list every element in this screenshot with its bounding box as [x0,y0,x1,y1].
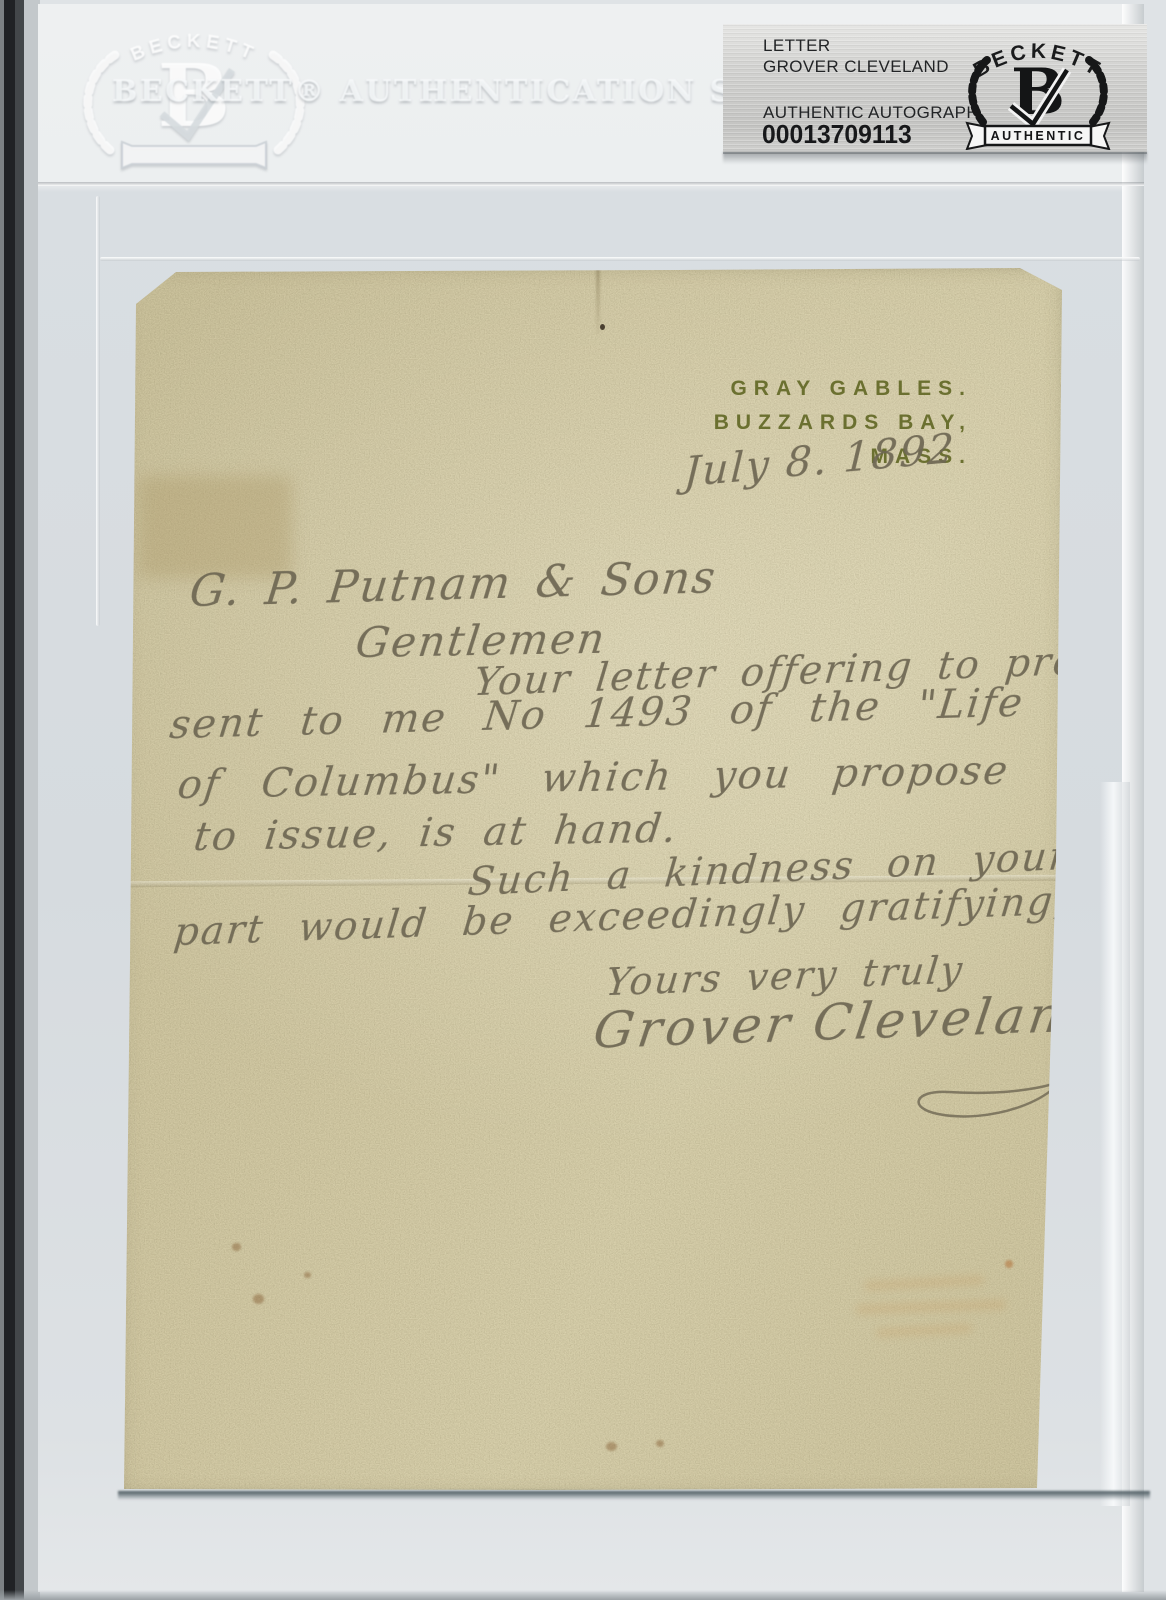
stain-spot [1005,1260,1013,1268]
letterhead-line: GRAY GABLES. [598,372,972,406]
signature-flourish [818,1062,1078,1132]
slabbed-letter-photo: BECKETT B BECKETT® AUTHENTICATION SERVIC… [0,0,1166,1600]
cert-label: LETTER GROVER CLEVELAND AUTHENTIC AUTOGR… [723,24,1147,152]
pinhole [600,324,605,330]
stain-spot [253,1294,264,1304]
letter-body-line: to issue, is at hand. [191,806,681,861]
case-bottom-edge [0,1590,1166,1600]
label-item-type: LETTER [763,36,831,56]
stain-spot [606,1442,617,1451]
letter-bottom-shadow [118,1491,1150,1500]
vertical-crease [596,268,600,334]
stain-patch [138,476,292,578]
holder-left-ridge [96,196,100,626]
holder-right-highlight [1100,782,1130,1506]
ink-bleed-through [856,1274,1026,1344]
label-subject: GROVER CLEVELAND [763,57,949,77]
stain-spot [232,1243,241,1251]
holder-top-ridge [100,257,1140,261]
label-shadow [723,152,1147,164]
stain-spot [304,1272,311,1278]
letter-paper: GRAY GABLES. BUZZARDS BAY, MASS. July 8.… [118,262,1068,1496]
beckett-logo-icon: BECKETT B AUTHENTIC [947,28,1129,150]
label-serial-number: 00013709113 [762,119,912,150]
stain-spot [656,1440,664,1447]
case-seam [38,182,1144,186]
logo-banner-text: AUTHENTIC [991,129,1086,143]
